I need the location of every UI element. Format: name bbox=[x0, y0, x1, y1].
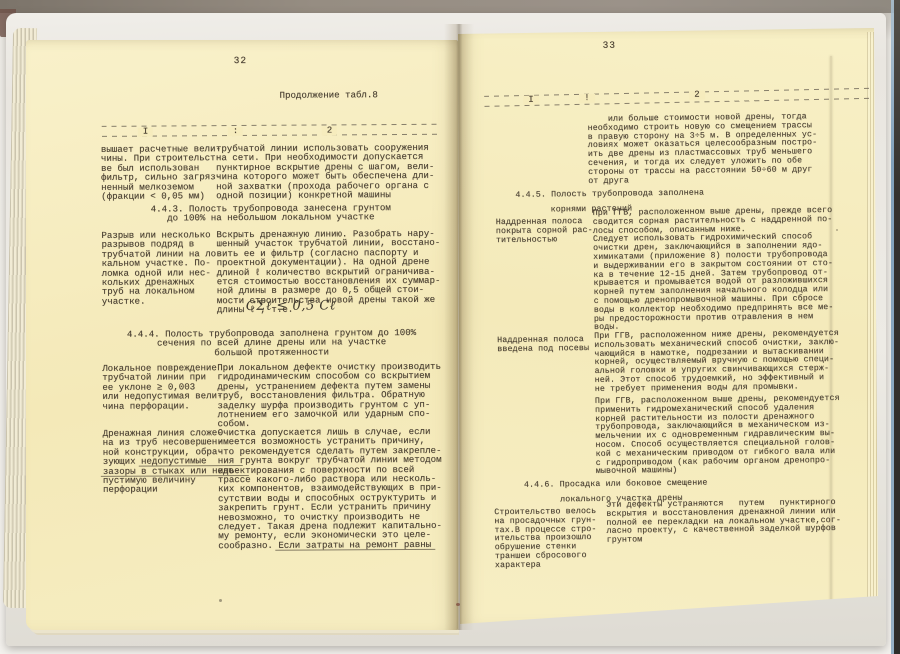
column-separator: : bbox=[228, 127, 243, 137]
pencil-underline bbox=[275, 549, 435, 551]
scan-speckle bbox=[219, 599, 222, 602]
scanner-bed-right bbox=[894, 0, 900, 654]
remedy-cell: трубчатой линии использовать сооружения … bbox=[216, 143, 443, 201]
column-number-1: I bbox=[523, 96, 539, 105]
scan-speckle bbox=[456, 603, 460, 606]
section-heading-4-4-3: 4.4.3. Полость трубопровода занесена гру… bbox=[102, 203, 439, 224]
table-continuation-caption: Продолжение табл.8 bbox=[280, 90, 378, 100]
section-heading-4-4-5: 4.4.5. Полость трубопровода заполнена bbox=[515, 190, 704, 201]
column-number-1: I bbox=[138, 128, 153, 138]
section-heading-4-4-4: 4.4.4. Полость трубопровода заполнена гр… bbox=[103, 328, 440, 358]
remedy-cell-continuation: или больше стоимости новой дрены, тогда … bbox=[587, 113, 856, 187]
remedy-cell: Очистка допускается лишь в случае, если … bbox=[218, 427, 446, 551]
defect-cell: Строительство велось на просадочных грун… bbox=[494, 508, 613, 571]
remedy-cell: Эти дефекты устраняются путем пунктирног… bbox=[606, 499, 863, 546]
scan-speckle bbox=[836, 229, 838, 231]
handwritten-formula: CΣℓ ≤ 0,5 Cℓ bbox=[246, 301, 406, 311]
scanner-bed-top bbox=[0, 0, 900, 13]
remedy-cell: При ГГВ, расположенном выше дрены, прежд… bbox=[593, 207, 858, 333]
remedy-cell: При ГГВ, расположенном выше дрены, реком… bbox=[595, 395, 862, 477]
page-32-content: 32 Продолжение табл.8 I : 2 вышает расче… bbox=[24, 39, 460, 632]
defect-cell: Наддренная полоса введена под посевы bbox=[497, 336, 609, 355]
column-number-2: 2 bbox=[689, 91, 705, 100]
page-33-content: 33 I ! 2 или больше стоимости новой дрен… bbox=[454, 25, 881, 626]
page-number: 32 bbox=[24, 55, 456, 67]
table-rule-header bbox=[484, 98, 873, 108]
page-32: 32 Продолжение табл.8 I : 2 вышает расче… bbox=[26, 40, 458, 630]
page-33: 33 I ! 2 или больше стоимости новой дрен… bbox=[458, 28, 878, 624]
column-number-2: 2 bbox=[322, 126, 337, 136]
remedy-cell: При локальном дефекте очистку производит… bbox=[217, 362, 444, 429]
table-rule-top bbox=[484, 88, 873, 98]
defect-cell: Наддренная полоса покрыта сорной рас- ти… bbox=[496, 218, 608, 246]
page-number: 33 bbox=[603, 42, 617, 51]
section-heading-4-4-6: 4.4.6. Просадка или боковое смещение bbox=[524, 480, 708, 491]
remedy-cell: При ГГВ, расположенном ниже дрены, реком… bbox=[594, 330, 861, 395]
column-separator: ! bbox=[579, 94, 595, 103]
book-scan: 32 Продолжение табл.8 I : 2 вышает расче… bbox=[0, 0, 900, 654]
